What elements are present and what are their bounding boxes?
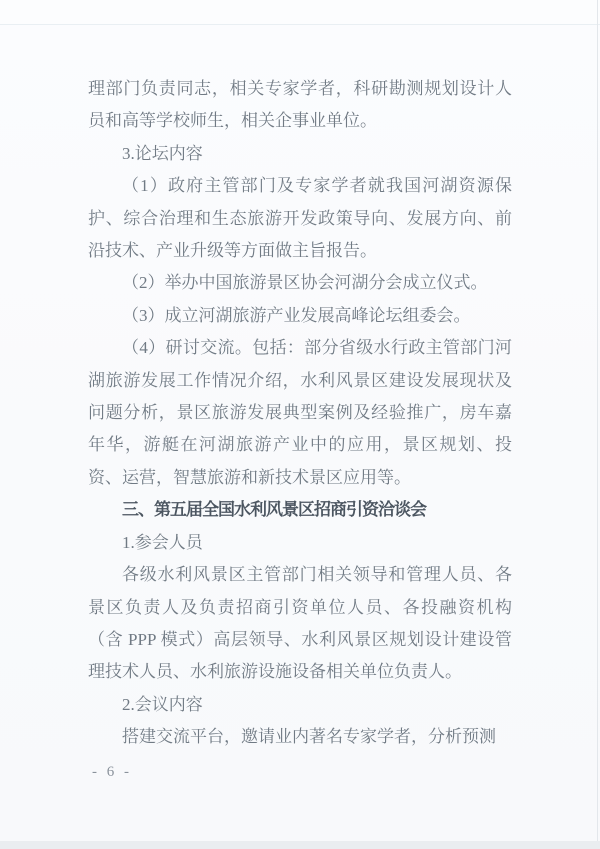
- body-subheading-meeting-content: 2.会议内容: [88, 689, 512, 721]
- scan-edge-right: [597, 0, 598, 849]
- body-paragraph-participants: 各级水利风景区主管部门相关领导和管理人员、各景区负责人及负责招商引资单位人员、各…: [88, 559, 512, 689]
- page-number: - 6 -: [92, 764, 132, 781]
- body-subheading-participants: 1.参会人员: [88, 527, 512, 559]
- body-paragraph-continuation: 理部门负责同志，相关专家学者，科研勘测规划设计人员和高等学校师生，相关企事业单位…: [88, 73, 512, 138]
- scan-edge-bottom: [0, 841, 600, 849]
- body-paragraph-item1: （1）政府主管部门及专家学者就我国河湖资源保护、综合治理和生态旅游开发政策导向、…: [88, 170, 512, 267]
- body-paragraph-meeting-content: 搭建交流平台，邀请业内著名专家学者，分析预测: [88, 721, 512, 753]
- document-body: 理部门负责同志，相关专家学者，科研勘测规划设计人员和高等学校师生，相关企事业单位…: [88, 73, 512, 754]
- body-paragraph-item4: （4）研讨交流。包括：部分省级水行政主管部门河湖旅游发展工作情况介绍，水利风景区…: [88, 332, 512, 494]
- body-paragraph-item2: （2）举办中国旅游景区协会河湖分会成立仪式。: [88, 267, 512, 299]
- section-heading: 三、第五届全国水利风景区招商引资洽谈会: [88, 494, 512, 526]
- scanned-document-page: 理部门负责同志，相关专家学者，科研勘测规划设计人员和高等学校师生，相关企事业单位…: [0, 0, 600, 849]
- body-subheading-forum-content: 3.论坛内容: [88, 138, 512, 170]
- body-paragraph-item3: （3）成立河湖旅游产业发展高峰论坛组委会。: [88, 300, 512, 332]
- page-top-edge: [0, 0, 600, 25]
